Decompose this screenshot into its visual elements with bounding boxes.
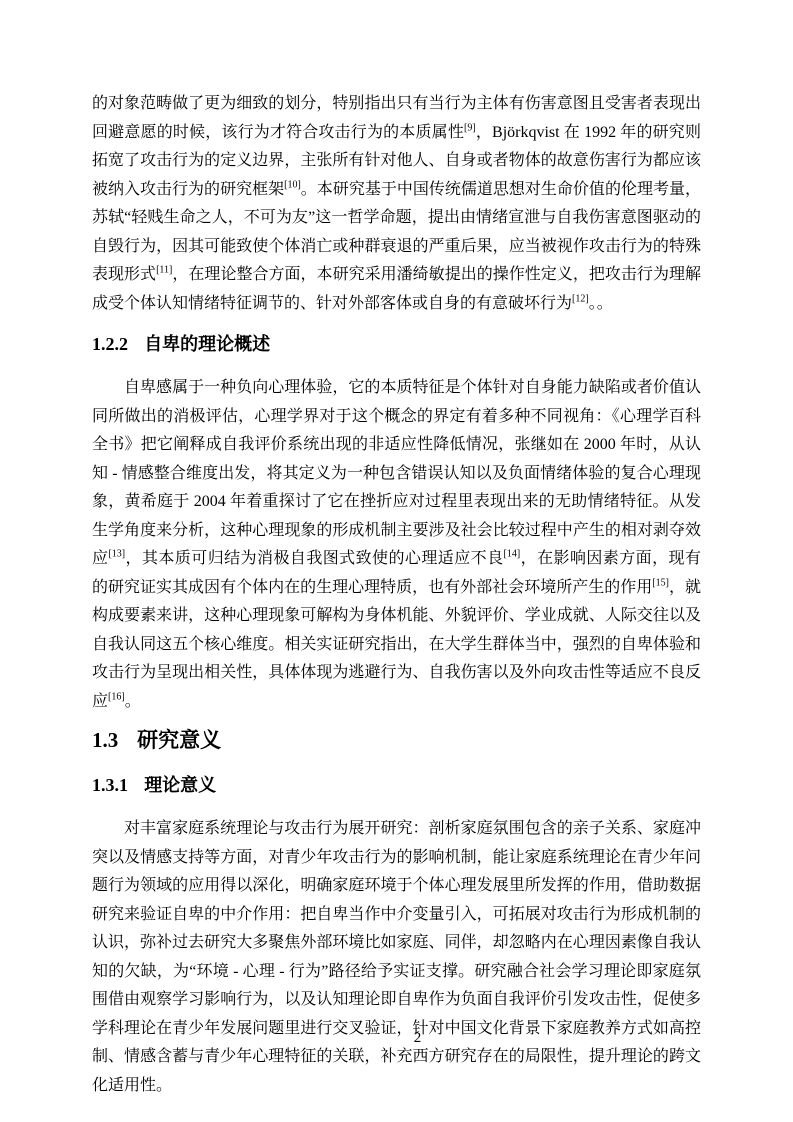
section-title: 理论意义 xyxy=(144,775,216,795)
section-heading-1-2-2: 1.2.2自卑的理论概述 xyxy=(92,332,701,356)
paragraph-aggression-definition: 的对象范畴做了更为细致的划分，特别指出只有当行为主体有伤害意图且受害者表现出回避… xyxy=(92,90,701,318)
text-block: 的对象范畴做了更为细致的划分，特别指出只有当行为主体有伤害意图且受害者表现出回避… xyxy=(92,90,701,1100)
paragraph-theoretical-significance: 对丰富家庭系统理论与攻击行为展开研究：剖析家庭氛围包含的亲子关系、家庭冲突以及情… xyxy=(92,815,701,1100)
page-number: 2 xyxy=(0,1030,793,1047)
section-number: 1.3.1 xyxy=(92,775,128,795)
thesis-page: 的对象范畴做了更为细致的划分，特别指出只有当行为主体有伤害意图且受害者表现出回避… xyxy=(0,0,793,1122)
section-heading-1-3-1: 1.3.1理论意义 xyxy=(92,773,701,797)
paragraph-inferiority-theory: 自卑感属于一种负向心理体验，它的本质特征是个体针对自身能力缺陷或者价值认同所做出… xyxy=(92,374,701,716)
section-title: 自卑的理论概述 xyxy=(144,334,270,354)
section-number: 1.2.2 xyxy=(92,334,128,354)
section-number: 1.3 xyxy=(92,728,118,752)
section-heading-1-3: 1.3研究意义 xyxy=(92,726,701,755)
section-title: 研究意义 xyxy=(137,729,221,752)
